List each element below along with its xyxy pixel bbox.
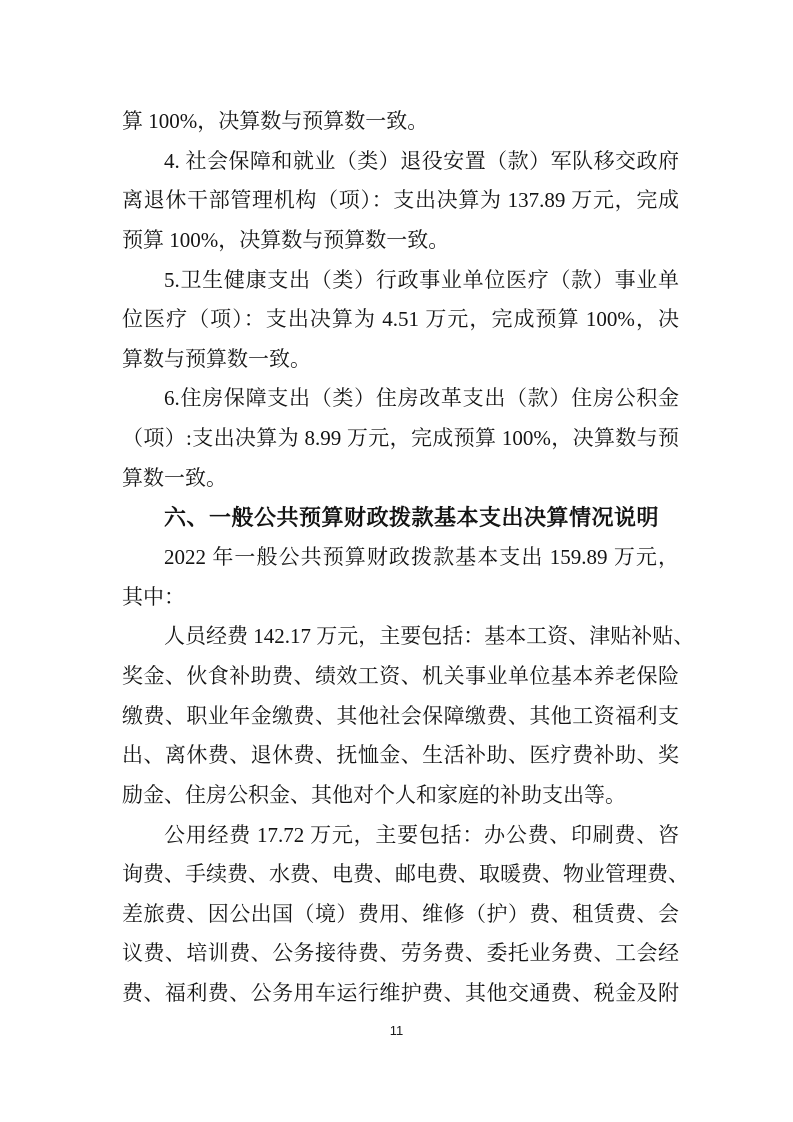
text-line: 励金、住房公积金、其他对个人和家庭的补助支出等。 — [122, 776, 679, 816]
text-line: 预算 100%，决算数与预算数一致。 — [122, 221, 679, 261]
text-line: 议费、培训费、公务接待费、劳务费、委托业务费、工会经 — [122, 934, 679, 974]
text-line: 差旅费、因公出国（境）费用、维修（护）费、租赁费、会 — [122, 895, 679, 935]
text-line: 其中： — [122, 578, 679, 618]
text-line: 费、福利费、公务用车运行维护费、其他交通费、税金及附 — [122, 974, 679, 1014]
document-page: 算 100%，决算数与预算数一致。4. 社会保障和就业（类）退役安置（款）军队移… — [0, 0, 793, 1122]
text-line: 2022 年一般公共预算财政拨款基本支出 159.89 万元， — [122, 538, 679, 578]
document-text: 算 100%，决算数与预算数一致。4. 社会保障和就业（类）退役安置（款）军队移… — [122, 102, 679, 1014]
text-line: 算数一致。 — [122, 459, 679, 499]
text-line: 公用经费 17.72 万元，主要包括：办公费、印刷费、咨 — [122, 816, 679, 856]
text-line: 询费、手续费、水费、电费、邮电费、取暖费、物业管理费、 — [122, 855, 679, 895]
text-line: （项）:支出决算为 8.99 万元，完成预算 100%，决算数与预 — [122, 419, 679, 459]
text-line: 4. 社会保障和就业（类）退役安置（款）军队移交政府 — [122, 142, 679, 182]
text-line: 算 100%，决算数与预算数一致。 — [122, 102, 679, 142]
text-line: 6.住房保障支出（类）住房改革支出（款）住房公积金 — [122, 379, 679, 419]
text-line: 5.卫生健康支出（类）行政事业单位医疗（款）事业单 — [122, 261, 679, 301]
text-line: 位医疗（项）：支出决算为 4.51 万元，完成预算 100%，决 — [122, 300, 679, 340]
text-line: 算数与预算数一致。 — [122, 340, 679, 380]
text-line: 离退休干部管理机构（项）：支出决算为 137.89 万元，完成 — [122, 181, 679, 221]
text-line: 奖金、伙食补助费、绩效工资、机关事业单位基本养老保险 — [122, 657, 679, 697]
page-number: 11 — [0, 1023, 793, 1038]
text-line: 人员经费 142.17 万元，主要包括：基本工资、津贴补贴、 — [122, 617, 679, 657]
text-line: 缴费、职业年金缴费、其他社会保障缴费、其他工资福利支 — [122, 697, 679, 737]
section-heading: 六、一般公共预算财政拨款基本支出决算情况说明 — [122, 498, 679, 538]
text-line: 出、离休费、退休费、抚恤金、生活补助、医疗费补助、奖 — [122, 736, 679, 776]
